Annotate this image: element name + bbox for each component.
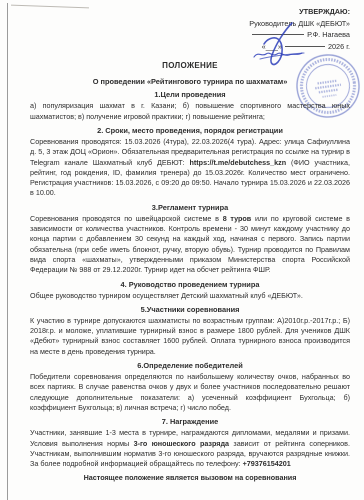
approval-name: Р.Ф. Нагаева [307, 30, 350, 39]
section-2-paragraph: Соревнования проводятся: 15.03.2026 (4ту… [30, 137, 350, 199]
text-segment: а) популяризация шахмат в г. Казани; б) … [30, 101, 350, 120]
section-1-paragraph: а) популяризация шахмат в г. Казани; б) … [30, 101, 350, 122]
text-segment: Победители соревнования определяются по … [30, 372, 350, 412]
approval-label: УТВЕРЖДАЮ: [30, 6, 350, 18]
section-heading-2: 2. Сроки, место проведения, порядок реги… [30, 126, 350, 135]
telegram-link-text: https://t.me/debutchess_kzn [190, 158, 287, 167]
section-heading-3: 3.Регламент турнира [30, 203, 350, 212]
document-subtitle: О проведении «Рейтингового турнира по ша… [30, 77, 350, 86]
approval-signature-line: Р.Ф. Нагаева [30, 29, 350, 41]
section-heading-6: 6.Определение победителей [30, 361, 350, 370]
section-6-paragraph: Победители соревнования определяются по … [30, 372, 350, 413]
approval-role: Руководитель ДШК «ДЕБЮТ» [30, 18, 350, 30]
document-title: ПОЛОЖЕНИЕ [30, 61, 350, 70]
section-7-paragraph: Участники, занявшие 1-3 места в турнире,… [30, 428, 350, 469]
section-heading-1: 1.Цели проведения [30, 90, 350, 99]
document-content: УТВЕРЖДАЮ: Руководитель ДШК «ДЕБЮТ» Р.Ф.… [0, 0, 364, 482]
section-4-paragraph: Общее руководство турниром осуществляет … [30, 291, 350, 301]
text-segment: Соревнования проводятся по швейцарской с… [30, 214, 223, 223]
approval-date-line: «___»2026 г. [30, 41, 350, 53]
date-underline [285, 45, 325, 47]
rank-norm-text: 3-го юношеского разряда [134, 439, 229, 448]
section-5-paragraph: К участию в турнире допускаются шахматис… [30, 316, 350, 357]
section-heading-7: 7. Награждение [30, 417, 350, 426]
approval-year: 2026 г. [328, 42, 350, 51]
document-page: УТВЕРЖДАЮ: Руководитель ДШК «ДЕБЮТ» Р.Ф.… [0, 0, 364, 500]
section-heading-5: 5.Участники соревнования [30, 305, 350, 314]
rounds-count-text: 8 туров [223, 214, 252, 223]
approval-block: УТВЕРЖДАЮ: Руководитель ДШК «ДЕБЮТ» Р.Ф.… [30, 6, 350, 52]
section-heading-4: 4. Руководство проведением турнира [30, 280, 350, 289]
date-quotes: «___» [262, 42, 282, 51]
phone-number-text: +79376154201 [243, 459, 291, 468]
text-segment: Общее руководство турниром осуществляет … [30, 291, 303, 300]
section-3-paragraph: Соревнования проводятся по швейцарской с… [30, 214, 350, 276]
text-segment: К участию в турнире допускаются шахматис… [30, 316, 350, 356]
closing-statement: Настоящее положение является вызовом на … [30, 473, 350, 482]
signature-underline [252, 33, 304, 35]
